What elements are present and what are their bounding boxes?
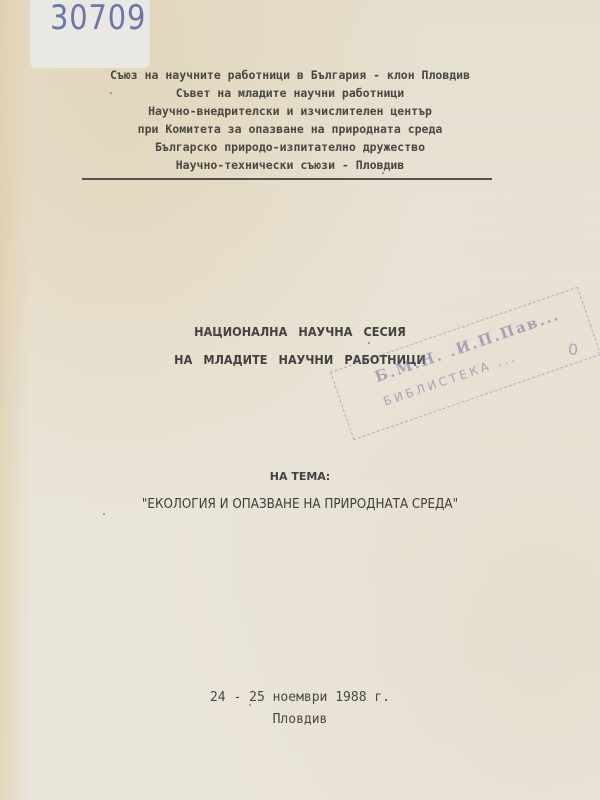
paper-speck: [103, 513, 105, 515]
header-line: Научно-технически съюзи - Пловдив: [80, 156, 500, 174]
library-stamp: Б.М.Н. .И.П.Пав... БИБЛИСТЕКА ...: [330, 287, 600, 440]
header-line: Българско природо-изпитателно дружество: [80, 138, 500, 156]
inventory-number: 30709: [50, 0, 146, 38]
header-line: Съюз на научните работници в България - …: [80, 66, 500, 84]
header-line: Съвет на младите научни работници: [80, 84, 500, 102]
topic-label: НА ТЕМА:: [100, 470, 500, 483]
session-city: Пловдив: [180, 712, 420, 727]
paper-speck: [382, 172, 384, 174]
paper-speck: [249, 704, 251, 706]
title-line: НАЦИОНАЛНА НАУЧНА СЕСИЯ: [165, 318, 435, 346]
organizations-header: Съюз на научните работници в България - …: [80, 66, 500, 174]
stamp-mark: 0: [568, 340, 578, 359]
header-line: при Комитета за опазване на природната с…: [80, 120, 500, 138]
document-page: 30709 Съюз на научните работници в Бълга…: [0, 0, 600, 800]
header-divider: [82, 178, 492, 180]
header-line: Научно-внедрителски и изчислителен центъ…: [80, 102, 500, 120]
paper-speck: [368, 342, 370, 344]
session-date: 24 - 25 ноември 1988 г.: [180, 690, 420, 705]
topic-title: "ЕКОЛОГИЯ И ОПАЗВАНЕ НА ПРИРОДНАТА СРЕДА…: [107, 497, 493, 512]
paper-speck: [110, 92, 112, 94]
page-edge-shading: [0, 0, 30, 800]
